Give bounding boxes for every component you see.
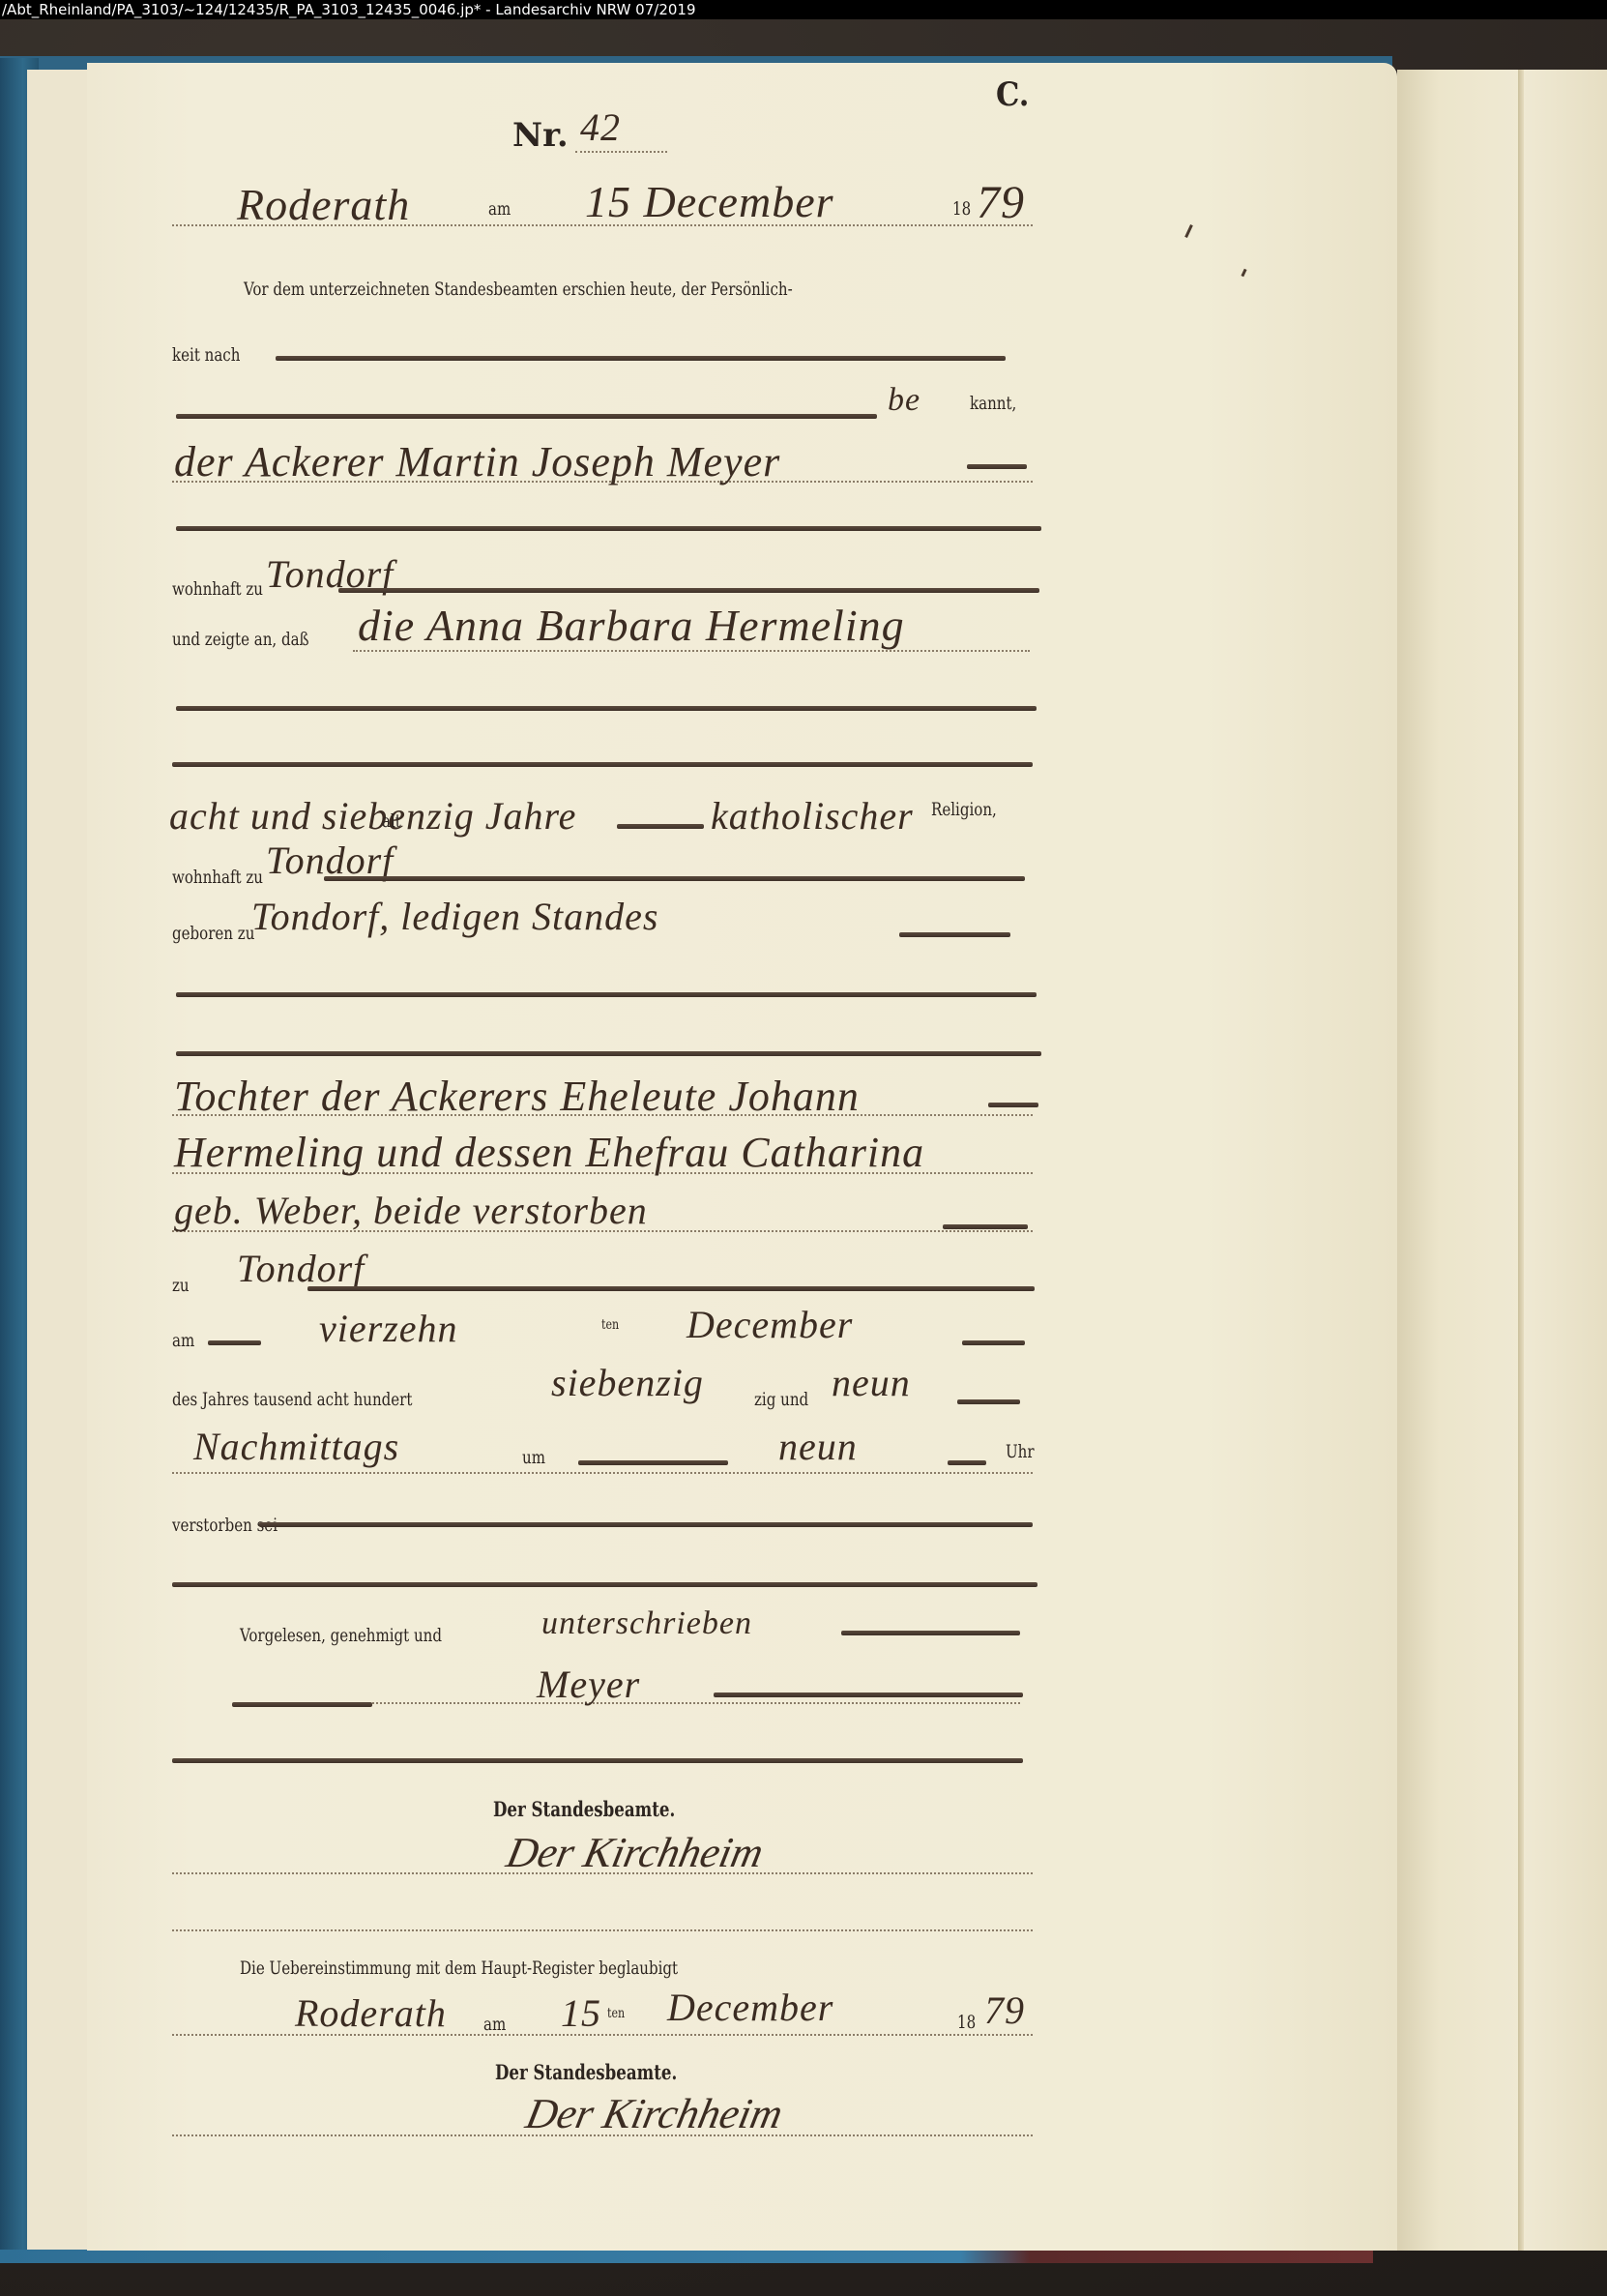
death-place: Tondorf	[237, 1246, 365, 1291]
um-label: um	[522, 1447, 545, 1468]
page-stack-edge	[48, 70, 69, 2251]
birth-place: Tondorf, ledigen Standes	[251, 894, 658, 939]
filler-stroke	[176, 992, 1037, 997]
cert-ten-label: ten	[607, 2006, 625, 2021]
dotted-rule	[353, 650, 1030, 652]
time-of-day: Nachmittags	[193, 1424, 399, 1469]
unterschrieben-handwritten: unterschrieben	[541, 1605, 752, 1642]
deceased-name: die Anna Barbara Hermeling	[358, 600, 905, 651]
filler-stroke	[324, 876, 1025, 881]
wohnhaft-label: wohnhaft zu	[172, 578, 263, 600]
cert-day: 15	[561, 1990, 601, 2036]
place-handwritten: Roderath	[237, 179, 410, 230]
filler-stroke	[617, 824, 704, 829]
filler-stroke	[208, 1340, 261, 1345]
certification-text: Die Uebereinstimmung mit dem Haupt-Regis…	[240, 1957, 678, 1979]
filler-stroke	[962, 1340, 1025, 1345]
cert-year-prefix: 18	[957, 2012, 976, 2033]
filler-stroke	[943, 1224, 1028, 1229]
religion-handwritten: katholischer	[711, 793, 914, 839]
filler-stroke	[172, 1758, 1023, 1763]
year-prefix: 18	[952, 198, 971, 220]
filler-stroke	[338, 588, 1039, 593]
year-label: des Jahres tausend acht hundert	[172, 1389, 412, 1410]
window-title: /Abt_Rheinland/PA_3103/~124/12435/R_PA_3…	[0, 0, 1607, 19]
cert-year-suffix: 79	[984, 1987, 1025, 2033]
filler-stroke	[176, 526, 1041, 531]
parents-line-1: Tochter der Ackerers Eheleute Johann	[174, 1072, 860, 1121]
dotted-rule	[172, 1472, 1033, 1474]
filler-stroke	[176, 1051, 1041, 1056]
dotted-rule	[172, 1929, 1033, 1931]
year-units: neun	[832, 1360, 911, 1405]
zeigte-an-label: und zeigte an, daß	[172, 629, 309, 650]
intro-text: Vor dem unterzeichneten Standesbeamten e…	[244, 279, 793, 300]
cert-registrar-signature: Der Kirchheim	[522, 2089, 787, 2138]
declarant-handwritten: der Ackerer Martin Joseph Meyer	[174, 437, 780, 486]
filler-stroke	[714, 1693, 1023, 1697]
am-label: am	[488, 198, 511, 220]
uhr-label: Uhr	[1006, 1441, 1035, 1462]
cert-am-label: am	[483, 2014, 506, 2035]
facing-page	[1397, 70, 1607, 2251]
filler-stroke	[176, 706, 1037, 711]
filler-stroke	[967, 464, 1027, 469]
date-handwritten: 15 December	[585, 176, 834, 227]
filler-stroke	[172, 1582, 1037, 1587]
religion-label: Religion,	[931, 799, 997, 820]
filler-stroke	[957, 1399, 1020, 1404]
filler-stroke	[176, 414, 877, 419]
dotted-rule	[575, 151, 667, 153]
filler-stroke	[232, 1702, 372, 1707]
death-day: vierzehn	[319, 1306, 458, 1351]
parents-line-2: Hermeling und dessen Ehefrau Catharina	[174, 1128, 924, 1177]
age-handwritten: acht und siebenzig Jahre	[169, 793, 576, 839]
am-label-2: am	[172, 1330, 194, 1351]
filler-stroke	[259, 1522, 1033, 1527]
filler-stroke	[276, 356, 1006, 361]
form-letter: C.	[996, 75, 1029, 114]
page-gutter	[1518, 70, 1524, 2251]
dotted-rule	[372, 1702, 1020, 1704]
filler-stroke	[578, 1460, 728, 1465]
year-tens: siebenzig	[551, 1360, 704, 1405]
registrar-signature: Der Kirchheim	[503, 1828, 768, 1877]
filler-stroke	[988, 1103, 1038, 1107]
zu-label: zu	[172, 1275, 190, 1296]
geboren-label: geboren zu	[172, 923, 254, 944]
book-binding-bottom	[0, 2250, 1373, 2263]
bekannt-handwritten: be	[888, 382, 920, 419]
hour: neun	[778, 1424, 858, 1469]
death-month: December	[687, 1302, 853, 1347]
cert-month: December	[667, 1985, 833, 2030]
ten-label: ten	[601, 1317, 619, 1333]
nr-label: Nr.	[512, 116, 569, 155]
bekannt-label: kannt,	[970, 393, 1016, 414]
declarant-signature: Meyer	[537, 1662, 640, 1707]
zig-und-label: zig und	[754, 1389, 808, 1410]
registrar-title: Der Standesbeamte.	[493, 1797, 675, 1821]
filler-stroke	[172, 762, 1033, 767]
filler-stroke	[899, 932, 1010, 937]
cert-registrar-title: Der Standesbeamte.	[495, 2060, 677, 2084]
alt-label: alt	[382, 810, 401, 832]
filler-stroke	[307, 1286, 1035, 1291]
page-stack-edge	[27, 70, 49, 2251]
filler-stroke	[948, 1460, 986, 1465]
parents-line-3: geb. Weber, beide verstorben	[174, 1188, 648, 1233]
record-number: 42	[580, 104, 621, 150]
filler-stroke	[841, 1631, 1020, 1635]
keit-nach-label: keit nach	[172, 344, 240, 366]
cert-place: Roderath	[295, 1990, 447, 2036]
vorgelesen-label: Vorgelesen, genehmigt und	[240, 1625, 442, 1646]
year-suffix: 79	[977, 176, 1025, 229]
deceased-wohnhaft-label: wohnhaft zu	[172, 867, 263, 888]
